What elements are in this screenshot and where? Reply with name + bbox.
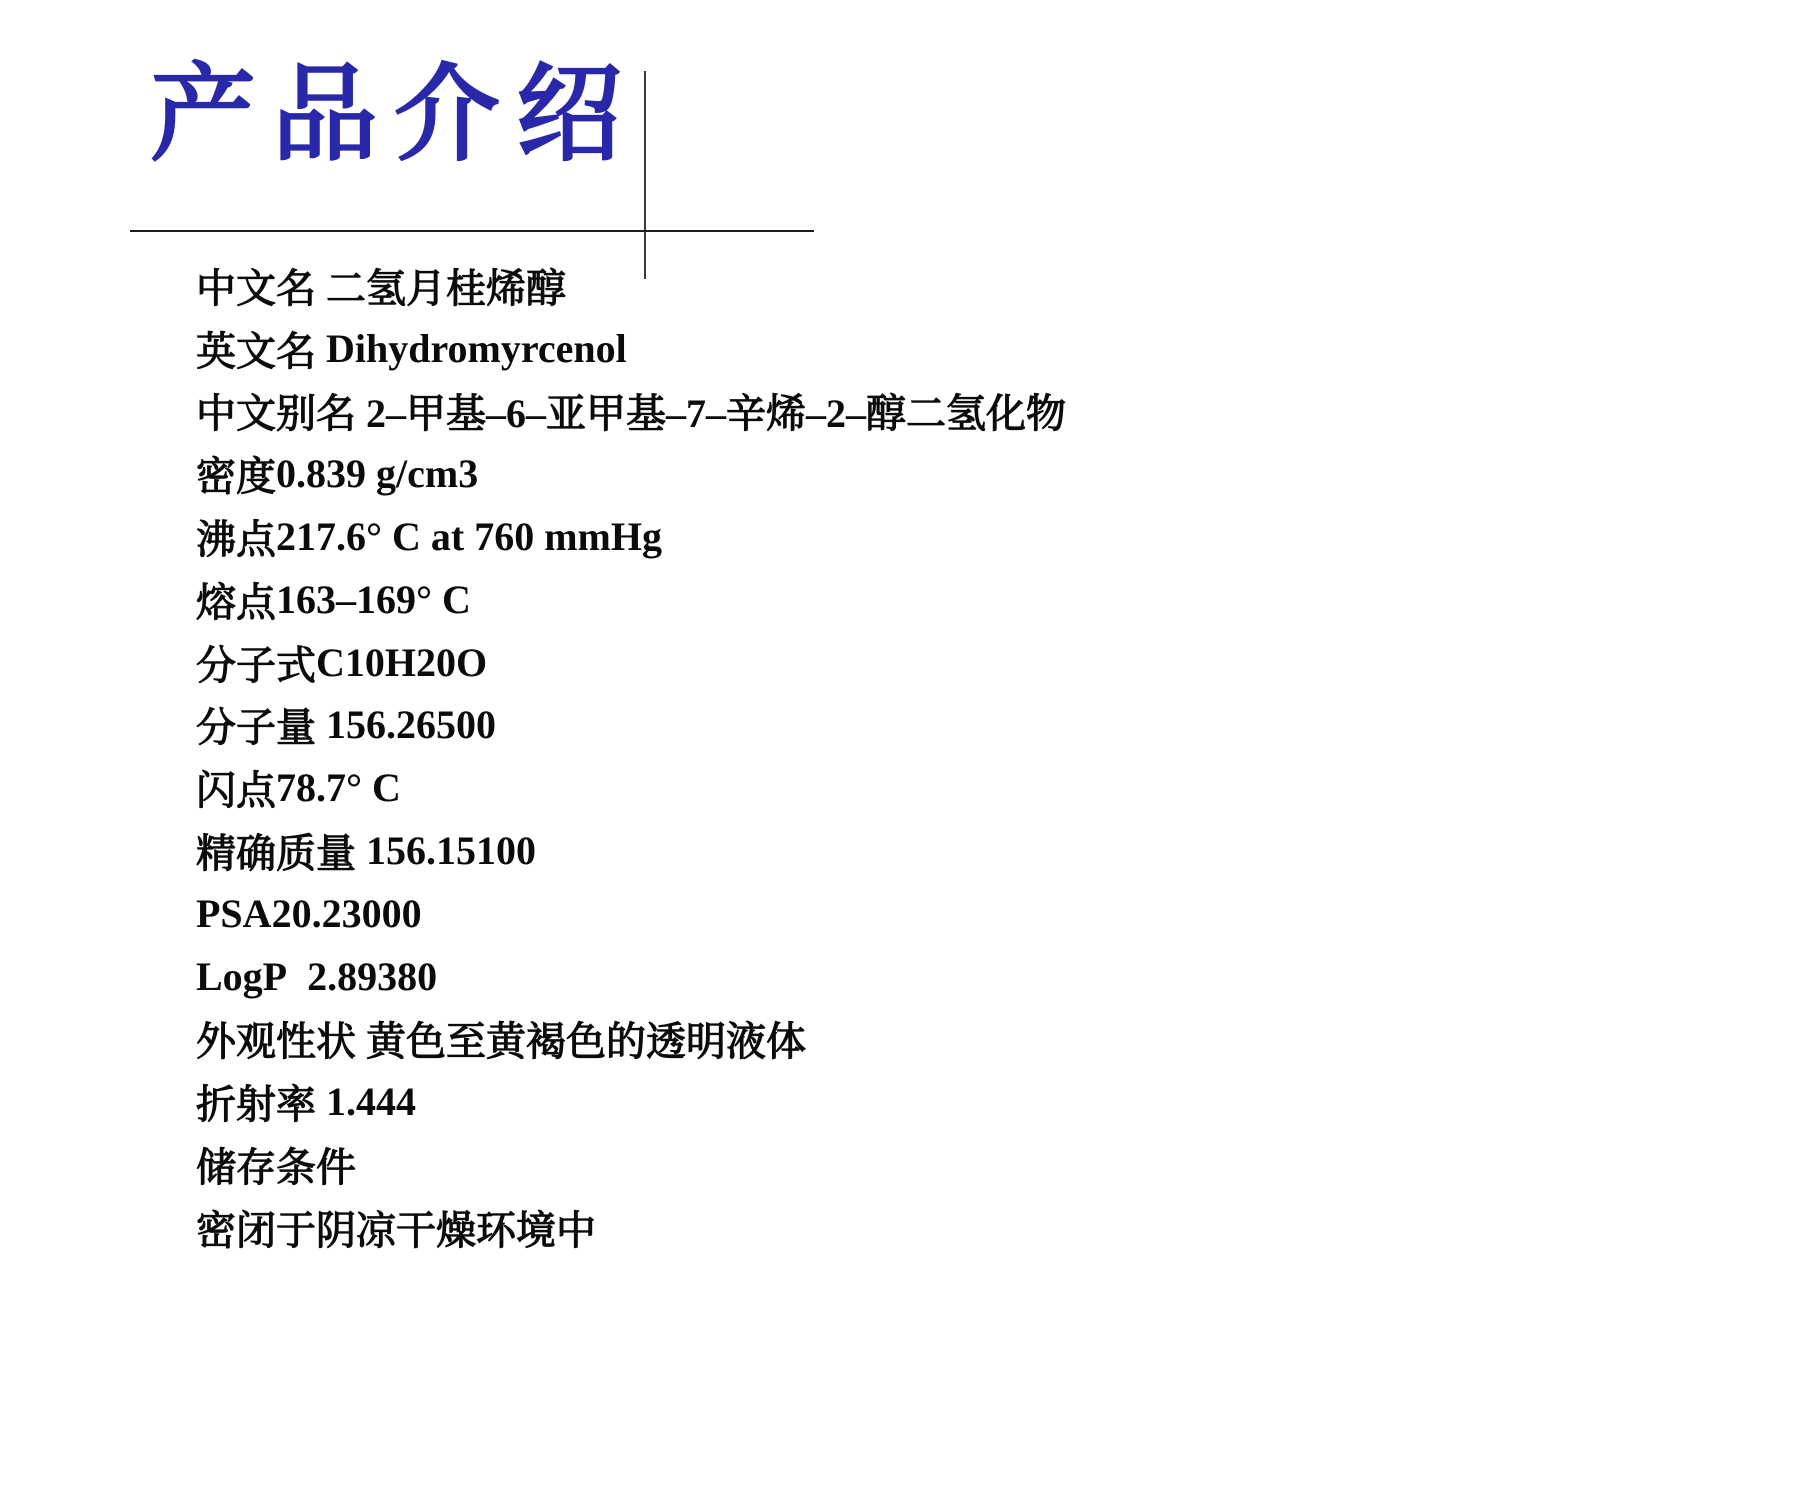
property-row-molecular-weight: 分子量 156.26500	[196, 694, 1066, 757]
page-title: 产品介绍	[150, 48, 638, 181]
property-value: 156.15100	[356, 827, 536, 874]
property-value: C10H20O	[316, 639, 487, 686]
property-label: 分子量	[196, 696, 316, 753]
property-value: 78.7° C	[276, 764, 401, 811]
property-row-appearance: 外观性状 黄色至黄褐色的透明液体	[196, 1008, 1066, 1071]
property-label: PSA	[196, 890, 272, 937]
property-label: LogP	[196, 953, 287, 1000]
property-value: 0.839 g/cm3	[276, 450, 478, 497]
property-row-boiling-point: 沸点217.6° C at 760 mmHg	[196, 505, 1066, 568]
property-label: 密度	[196, 445, 276, 502]
property-label: 储存条件	[196, 1136, 356, 1193]
property-row-molecular-formula: 分子式C10H20O	[196, 631, 1066, 694]
property-value: 217.6° C at 760 mmHg	[276, 513, 662, 560]
property-value: 20.23000	[272, 890, 422, 937]
property-label: 熔点	[196, 571, 276, 628]
property-value: 密闭于阴凉干燥环境中	[196, 1199, 596, 1256]
property-value: 163–169° C	[276, 576, 471, 623]
property-label: 中文别名	[196, 382, 356, 439]
property-value: 1.444	[316, 1078, 416, 1125]
property-label: 分子式	[196, 634, 316, 691]
property-label: 折射率	[196, 1073, 316, 1130]
property-row-storage-detail: 密闭于阴凉干燥环境中	[196, 1196, 1066, 1259]
property-row-chinese-alias: 中文别名 2–甲基–6–亚甲基–7–辛烯–2–醇二氢化物	[196, 380, 1066, 443]
property-row-exact-mass: 精确质量 156.15100	[196, 819, 1066, 882]
property-label: 精确质量	[196, 822, 356, 879]
property-row-psa: PSA20.23000	[196, 882, 1066, 945]
property-row-storage-conditions: 储存条件	[196, 1133, 1066, 1196]
property-row-chinese-name: 中文名 二氢月桂烯醇	[196, 254, 1066, 317]
vertical-divider	[644, 71, 646, 279]
property-row-refractive-index: 折射率 1.444	[196, 1070, 1066, 1133]
property-value: 二氢月桂烯醇	[316, 257, 566, 314]
property-label: 闪点	[196, 759, 276, 816]
property-value: 2–甲基–6–亚甲基–7–辛烯–2–醇二氢化物	[356, 382, 1066, 439]
property-row-flash-point: 闪点78.7° C	[196, 756, 1066, 819]
horizontal-divider	[130, 230, 814, 232]
property-row-english-name: 英文名 Dihydromyrcenol	[196, 317, 1066, 380]
property-label: 外观性状	[196, 1010, 356, 1067]
property-label: 中文名	[196, 257, 316, 314]
property-value: 2.89380	[287, 953, 437, 1000]
property-value: 156.26500	[316, 701, 496, 748]
property-value: 黄色至黄褐色的透明液体	[356, 1010, 806, 1067]
property-label: 英文名	[196, 320, 316, 377]
property-row-melting-point: 熔点163–169° C	[196, 568, 1066, 631]
property-row-density: 密度0.839 g/cm3	[196, 442, 1066, 505]
property-list: 中文名 二氢月桂烯醇 英文名 Dihydromyrcenol 中文别名 2–甲基…	[196, 254, 1066, 1259]
property-value: Dihydromyrcenol	[316, 325, 627, 372]
property-row-logp: LogP 2.89380	[196, 945, 1066, 1008]
property-label: 沸点	[196, 508, 276, 565]
